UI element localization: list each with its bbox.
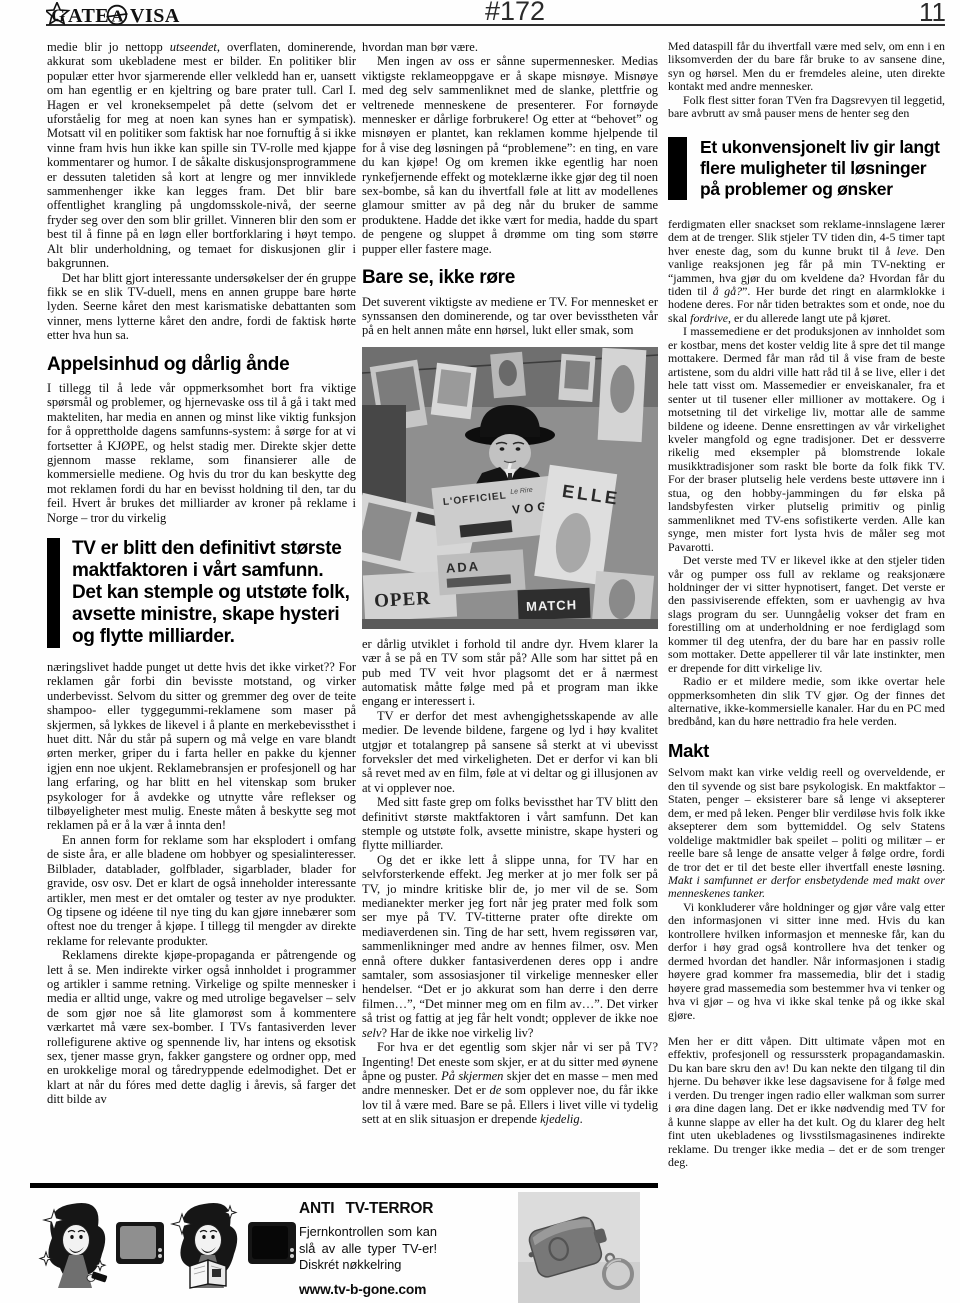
column-right: Med dataspill får du ihvertfall være med… <box>668 40 945 1170</box>
logo-text-ate: ATE <box>68 5 109 27</box>
logo-letter-g: G <box>51 6 65 26</box>
magazine-ada: ADA <box>437 549 526 595</box>
section-heading-bare-se: Bare se, ikke røre <box>362 271 658 285</box>
newsstand-photo: L'OFFICIEL VOG Le Rire ELLE OPER ADA <box>362 347 658 629</box>
paragraph: Det har blitt gjort interessante undersø… <box>47 271 356 343</box>
paragraph: Men ingen av oss er sånne supermennesker… <box>362 54 658 256</box>
quote-text: Et ukonvensjonelt liv gir langt flere mu… <box>700 137 945 200</box>
issue-number: #172 <box>455 0 575 27</box>
quote-bar <box>668 137 687 200</box>
ad-body: Fjernkontrollen som kan slå av alle type… <box>299 1224 437 1274</box>
quote-bar <box>47 538 60 648</box>
paragraph: hvordan man bør være. <box>362 40 658 54</box>
paragraph: medie blir jo nettopp utseendet, overfla… <box>47 40 356 271</box>
gateavisa-logo: G ATE A VISA <box>46 2 196 33</box>
tv-screen-off <box>252 1226 288 1259</box>
section-heading-makt: Makt <box>668 744 945 757</box>
ad-title: ANTI TV-TERROR <box>299 1200 437 1218</box>
paragraph: Reklamens direkte kjøpe-propaganda er på… <box>47 948 356 1106</box>
paragraph: Selvom makt kan virke veldig reell og ov… <box>668 766 945 901</box>
paragraph: Radio er et mildere medie, som ikke over… <box>668 675 945 729</box>
paragraph: Men her er ditt våpen. Ditt ultimate våp… <box>668 1035 945 1170</box>
book-icon <box>190 1260 226 1288</box>
paragraph: TV er derfor det mest avhengighetsskapen… <box>362 709 658 795</box>
magazine-title: MATCH <box>526 597 577 614</box>
section-heading-appelsinhud: Appelsinhud og dårlig ånde <box>47 358 356 372</box>
tv-icon <box>116 1222 164 1264</box>
logo-text-visa: VISA <box>130 5 180 27</box>
paragraph: Med sitt faste grep om folks bevissthet … <box>362 795 658 853</box>
magazine-page: G ATE A VISA #172 11 medie blir jo netto… <box>0 0 960 1303</box>
paragraph: For hva er det egentlig som skjer når vi… <box>362 1040 658 1126</box>
pull-quote-tv-makt: TV er blitt den definitivt største maktf… <box>47 538 356 648</box>
paragraph: er dårlig utviklet i forhold til andre d… <box>362 637 658 709</box>
column-middle: hvordan man bør være. Men ingen av oss e… <box>362 40 658 1127</box>
ad-url: www.tv-b-gone.com <box>299 1282 437 1297</box>
paragraph: Folk flest sitter foran TVen fra Dagsrev… <box>668 94 945 121</box>
magazine-match: MATCH <box>518 587 591 619</box>
paragraph: Vi konkluderer våre holdninger og gjør v… <box>668 901 945 1022</box>
cartoon-woman-remote <box>36 1196 166 1299</box>
magazine-title: ADA <box>445 558 480 575</box>
section-divider-rule <box>30 1183 658 1188</box>
paragraph: I massemediene er det produksjonen av in… <box>668 325 945 554</box>
keychain-remote-photo <box>518 1192 640 1303</box>
pull-quote-ukonvensjonelt: Et ukonvensjonelt liv gir langt flere mu… <box>668 137 945 200</box>
paragraph: ferdigmaten eller snackset som reklame-i… <box>668 218 945 326</box>
paragraph: En annen form for reklame som har eksplo… <box>47 833 356 948</box>
logo-graphic: G ATE A VISA <box>46 2 196 28</box>
quote-text: TV er blitt den definitivt største maktf… <box>72 538 356 648</box>
paragraph: næringslivet hadde punget ut dette hvis … <box>47 660 356 833</box>
cartoon-woman-book <box>168 1196 298 1299</box>
paragraph: Det suverent viktigste av mediene er TV.… <box>362 295 658 338</box>
paragraph: I tillegg til å lede vår oppmerksomhet b… <box>47 381 356 525</box>
tv-icon <box>248 1222 296 1264</box>
tv-screen-on <box>120 1226 156 1259</box>
column-left: medie blir jo nettopp utseendet, overfla… <box>47 40 356 1107</box>
tv-b-gone-ad: ANTI TV-TERROR Fjernkontrollen som kan s… <box>299 1200 437 1297</box>
paragraph: Med dataspill får du ihvertfall være med… <box>668 40 945 94</box>
paragraph: Det verste med TV er likevel ikke at den… <box>668 554 945 675</box>
page-number: 11 <box>919 0 946 28</box>
magazine-title: OPER <box>374 588 432 612</box>
paragraph: Og det er ikke lett å slippe unna, for T… <box>362 853 658 1040</box>
